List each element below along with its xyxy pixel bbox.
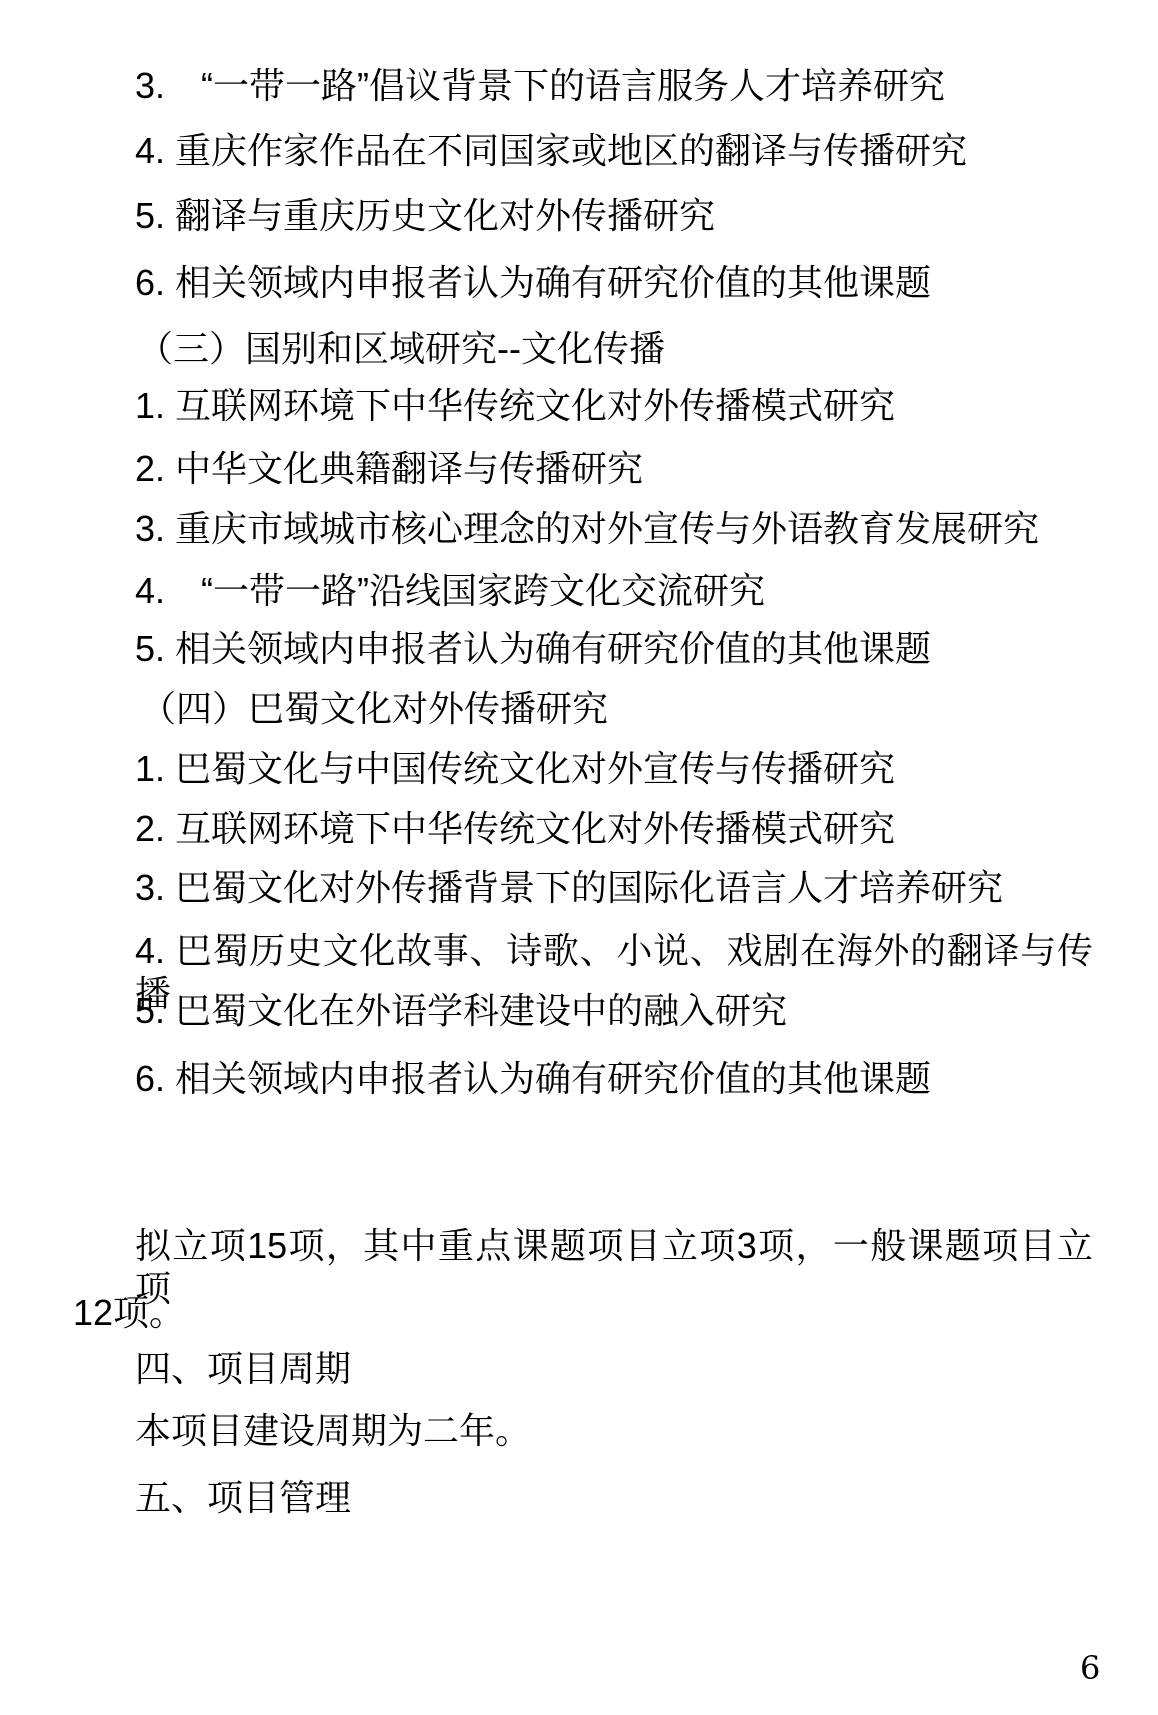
section-heading-project-cycle: 四、项目周期 xyxy=(135,1347,351,1390)
section-heading-project-management: 五、项目管理 xyxy=(135,1476,351,1519)
topic-list-line: 3. 重庆市域城市核心理念的对外宣传与外语教育发展研究 xyxy=(135,507,1039,550)
section-heading-three: （三）国别和区域研究--文化传播 xyxy=(137,327,665,370)
topic-list-line: 1. 巴蜀文化与中国传统文化对外宣传与传播研究 xyxy=(135,747,895,790)
section-heading-four: （四）巴蜀文化对外传播研究 xyxy=(140,687,608,730)
topic-list-line: 4. “一带一路”沿线国家跨文化交流研究 xyxy=(135,569,765,612)
topic-list-line: 2. 互联网环境下中华传统文化对外传播模式研究 xyxy=(135,807,895,850)
topic-list-line: 6. 相关领域内申报者认为确有研究价值的其他课题 xyxy=(135,1057,931,1100)
approval-paragraph-line: 拟立项15项，其中重点课题项目立项3项，一般课题项目立项 xyxy=(135,1224,1093,1310)
topic-list-line: 3. “一带一路”倡议背景下的语言服务人才培养研究 xyxy=(135,64,945,107)
topic-list-line: 1. 互联网环境下中华传统文化对外传播模式研究 xyxy=(135,384,895,427)
paragraph-line: 本项目建设周期为二年。 xyxy=(135,1409,531,1452)
approval-paragraph-line: 12项。 xyxy=(73,1291,185,1334)
topic-list-line: 5. 巴蜀文化在外语学科建设中的融入研究 xyxy=(135,989,787,1032)
topic-list-line: 5. 相关领域内申报者认为确有研究价值的其他课题 xyxy=(135,627,931,670)
document-page: 3. “一带一路”倡议背景下的语言服务人才培养研究 4. 重庆作家作品在不同国家… xyxy=(0,0,1158,1715)
page-number: 6 xyxy=(1080,1650,1100,1686)
topic-list-line: 4. 重庆作家作品在不同国家或地区的翻译与传播研究 xyxy=(135,129,967,172)
topic-list-line: 3. 巴蜀文化对外传播背景下的国际化语言人才培养研究 xyxy=(135,866,1003,909)
topic-list-line: 2. 中华文化典籍翻译与传播研究 xyxy=(135,447,643,490)
topic-list-line: 5. 翻译与重庆历史文化对外传播研究 xyxy=(135,194,715,237)
topic-list-line: 6. 相关领域内申报者认为确有研究价值的其他课题 xyxy=(135,261,931,304)
